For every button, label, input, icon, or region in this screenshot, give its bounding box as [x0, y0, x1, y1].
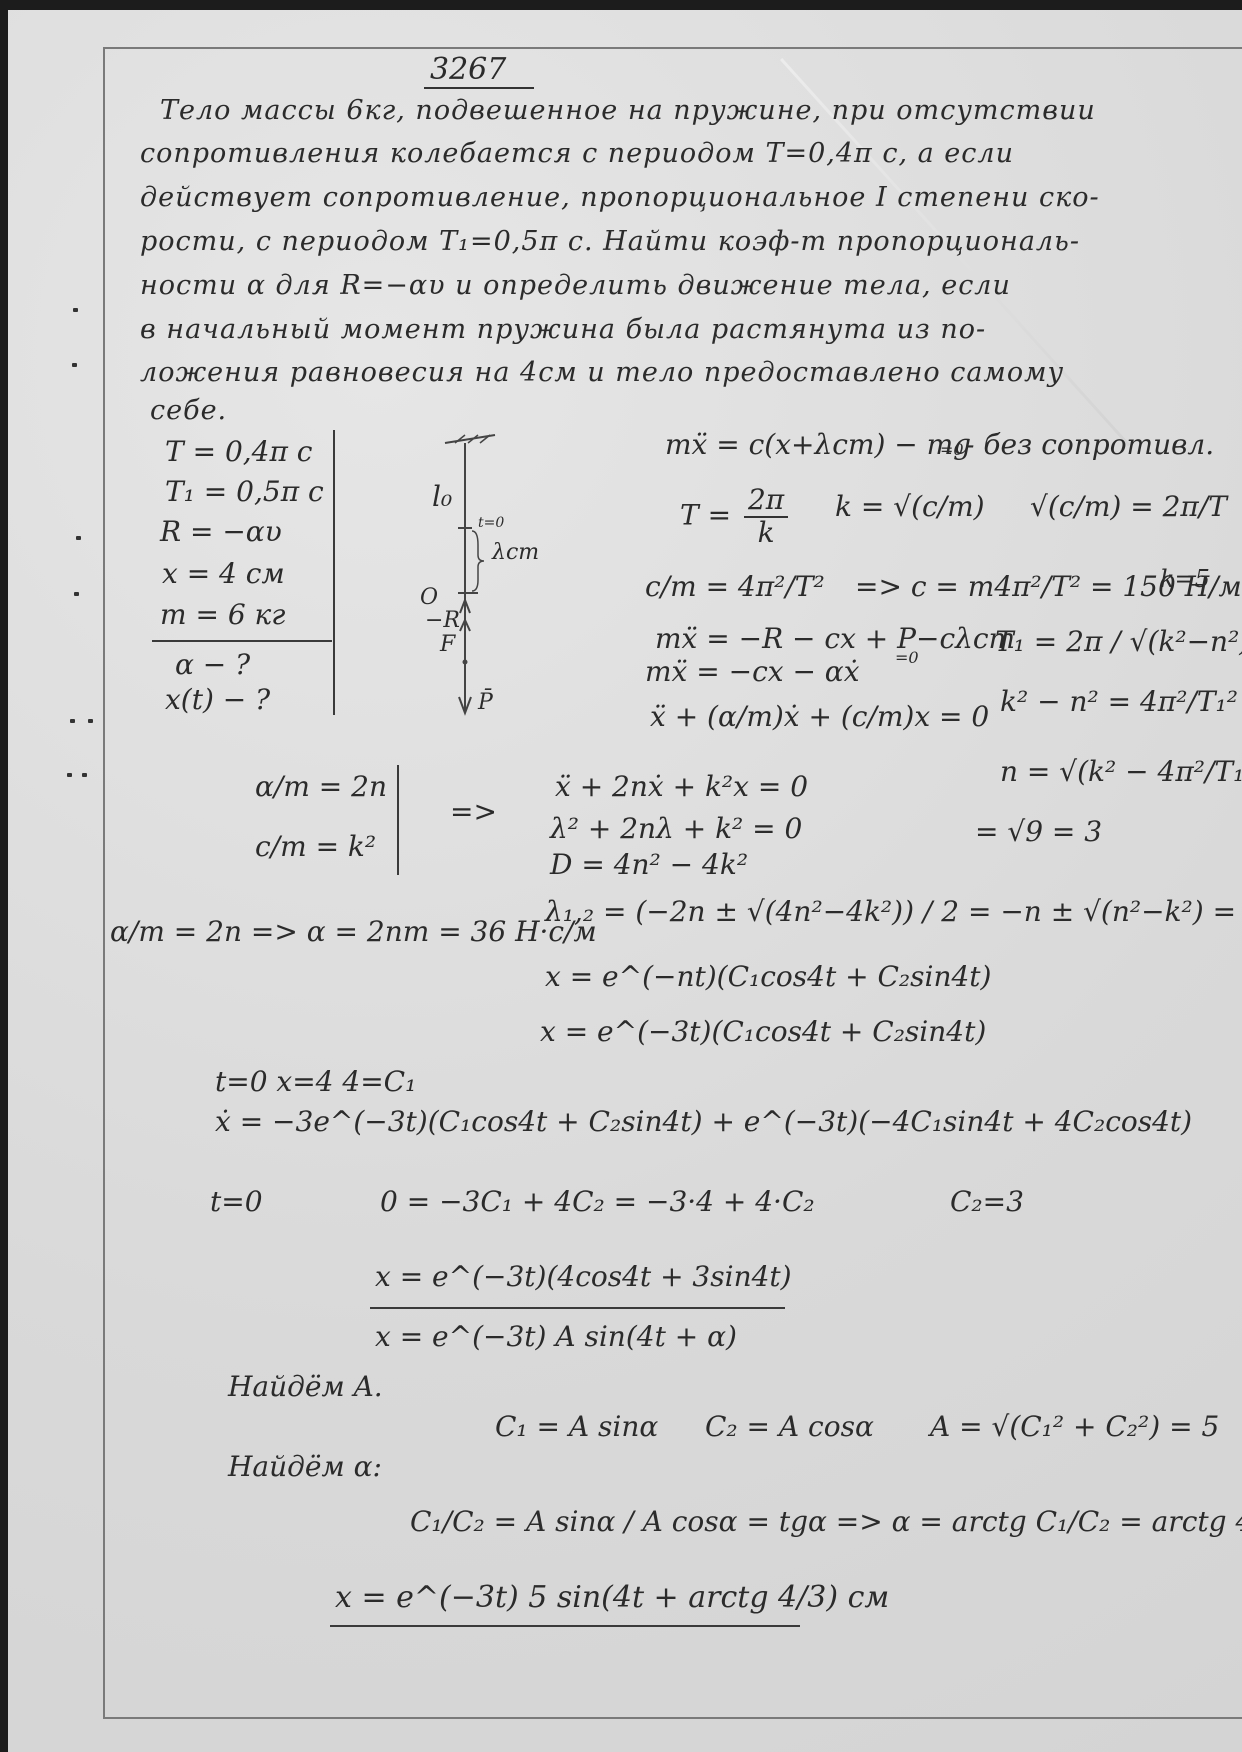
label-l0: l₀: [432, 480, 452, 513]
spring-diagram: [400, 425, 580, 725]
eq-note: =0: [940, 440, 964, 459]
discriminant: D = 4n² − 4k²: [550, 848, 748, 881]
initial-condition-t: t=0: [210, 1185, 263, 1218]
given-separator: [333, 430, 335, 715]
period-lhs: T =: [680, 498, 731, 531]
binder-hole: [73, 308, 78, 312]
x-general-1: x = e^(−nt)(C₁cos4t + C₂sin4t): [545, 960, 991, 993]
implies-arrow: =>: [450, 795, 497, 828]
binder-hole: [74, 592, 79, 596]
alpha-result: α/m = 2n => α = 2nm = 36 Н·с/м: [110, 915, 597, 948]
label-F: F: [440, 632, 455, 657]
find-item: x(t) − ?: [165, 683, 270, 716]
c2-value: C₂=3: [950, 1185, 1024, 1218]
binder-hole: [82, 773, 87, 777]
eq-no-resistance: mẍ = c(x+λст) − mg: [665, 428, 971, 461]
label-origin: O: [420, 585, 438, 610]
problem-line: себе.: [150, 395, 227, 426]
char-eq-2: λ² + 2nλ + k² = 0: [550, 812, 802, 845]
A-value: A = √(C₁² + C₂²) = 5: [930, 1410, 1219, 1443]
c1-definition: C₁ = A sinα: [495, 1410, 658, 1443]
k-value: k=5: [1160, 565, 1210, 593]
sub-alpha: α/m = 2n: [255, 770, 387, 803]
x-general-2: x = e^(−3t)(C₁cos4t + C₂sin4t): [540, 1015, 986, 1048]
problem-line: в начальный момент пружина была растянут…: [140, 314, 986, 345]
sub-c: c/m = k²: [255, 830, 376, 863]
eq-normalized: ẍ + (α/m)ẋ + (c/m)x = 0: [650, 700, 989, 733]
cm-ratio: c/m = 4π²/T²: [645, 570, 825, 603]
problem-line: сопротивления колебается с периодом T=0,…: [140, 138, 1014, 169]
initial-condition-2: 0 = −3C₁ + 4C₂ = −3·4 + 4·C₂: [380, 1185, 815, 1218]
given-item: x = 4 см: [162, 557, 285, 590]
label-lambda-st: λст: [492, 540, 539, 565]
label-P: P̄: [478, 690, 493, 715]
eq-comment: - без сопротивл.: [965, 428, 1214, 461]
label-t0: t=0: [478, 515, 504, 531]
x-amplitude-form: x = e^(−3t) A sin(4t + α): [375, 1320, 737, 1353]
problem-line: действует сопротивление, пропорционально…: [140, 182, 1100, 213]
label-R: −R: [425, 608, 460, 633]
binder-hole: [72, 363, 77, 367]
answer-underline: [330, 1625, 800, 1627]
particular-underline: [370, 1307, 785, 1309]
k2-minus-n2: k² − n² = 4π²/T₁²: [1000, 685, 1238, 718]
roots: λ₁,₂ = (−2n ± √(4n²−4k²)) / 2 = −n ± √(n…: [545, 895, 1242, 928]
problem-line: Тело массы 6кг, подвешенное на пружине, …: [160, 95, 1096, 126]
problem-line: рости, с периодом T₁=0,5π с. Найти коэф-…: [140, 226, 1080, 257]
final-answer: x = e^(−3t) 5 sin(4t + arctg 4/3) см: [335, 1580, 889, 1615]
initial-condition-1: t=0 x=4 4=C₁: [215, 1065, 416, 1098]
tan-equation: C₁/C₂ = A sinα / A cosα = tgα => α = arc…: [410, 1505, 1242, 1538]
given-item: R = −αυ: [160, 515, 282, 548]
n-formula: n = √(k² − 4π²/T₁²) =: [1000, 755, 1242, 788]
char-eq-1: ẍ + 2nẋ + k²x = 0: [555, 770, 808, 803]
eq-with-resistance: mẍ = −R − cx + P−cλст: [655, 622, 1015, 655]
problem-number: 3267: [430, 52, 506, 87]
find-alpha: Найдём α:: [228, 1450, 382, 1483]
sqrt-equation: √(c/m) = 2π/T: [1030, 490, 1227, 523]
n-value: = √9 = 3: [975, 815, 1102, 848]
period-formula: T = 2πk: [680, 485, 792, 549]
given-item: T₁ = 0,5π c: [165, 475, 324, 508]
x-derivative: ẋ = −3e^(−3t)(C₁cos4t + C₂sin4t) + e^(−3…: [215, 1105, 1192, 1138]
given-item: T = 0,4π c: [165, 435, 312, 468]
period-num: 2π: [744, 485, 788, 518]
binder-hole: [88, 719, 93, 723]
find-item: α − ?: [175, 648, 250, 681]
problem-number-underline: [424, 87, 534, 89]
problem-line: ности α для R=−αυ и определить движение …: [140, 270, 1011, 301]
find-A: Найдём A.: [228, 1370, 383, 1403]
sub-separator: [397, 765, 399, 875]
period-den: k: [758, 518, 775, 549]
binder-hole: [67, 773, 72, 777]
eq-reduced: mẍ = −cx − αẋ: [645, 655, 860, 688]
given-item: m = 6 кг: [160, 598, 285, 631]
eq2-note: =0: [895, 648, 919, 667]
damped-period: T₁ = 2π / √(k²−n²): [995, 625, 1242, 658]
binder-hole: [76, 536, 81, 540]
binder-hole: [70, 719, 75, 723]
given-divider: [152, 640, 332, 642]
problem-line: ложения равновесия на 4см и тело предост…: [140, 357, 1064, 388]
x-particular: x = e^(−3t)(4cos4t + 3sin4t): [375, 1260, 792, 1293]
c2-definition: C₂ = A cosα: [705, 1410, 874, 1443]
k-formula: k = √(c/m): [835, 490, 985, 523]
